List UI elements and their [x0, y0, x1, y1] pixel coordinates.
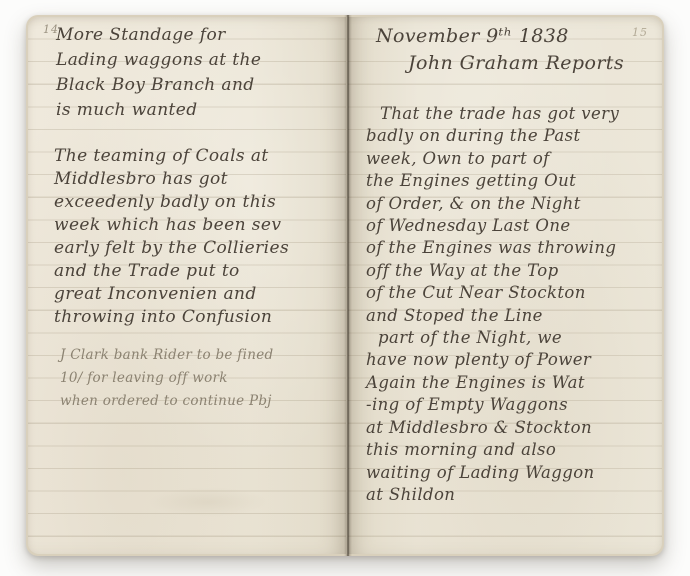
manuscript-line: off the Way at the Top	[366, 260, 619, 282]
manuscript-line: -ing of Empty Waggons	[366, 394, 619, 416]
manuscript-line: when ordered to continue Pbj	[60, 390, 273, 413]
left-paragraph-teaming: The teaming of Coals at Middlesbro has g…	[54, 145, 289, 329]
right-report-body: That the trade has got very badly on dur…	[366, 103, 619, 506]
manuscript-line: of the Engines was throwing	[366, 237, 619, 259]
left-paragraph-clark-fine: J Clark bank Rider to be fined 10/ for l…	[60, 344, 273, 413]
manuscript-line: week, Own to part of	[366, 148, 619, 170]
book-gutter	[344, 15, 352, 556]
manuscript-line: 10/ for leaving off work	[60, 367, 273, 390]
right-heading: November 9ᵗʰ 1838 John Graham Reports	[376, 23, 624, 77]
manuscript-line: Lading waggons at the	[56, 48, 261, 73]
manuscript-line: J Clark bank Rider to be fined	[60, 344, 273, 367]
manuscript-line: week which has been sev	[54, 214, 289, 237]
manuscript-line: and Stoped the Line	[366, 305, 619, 327]
manuscript-line: Black Boy Branch and	[56, 73, 261, 98]
left-page: 14 More Standage for Lading waggons at t…	[28, 17, 346, 554]
manuscript-line: of Wednesday Last One	[366, 215, 619, 237]
manuscript-line: badly on during the Past	[366, 125, 619, 147]
manuscript-line: and the Trade put to	[54, 260, 289, 283]
manuscript-line: That the trade has got very	[366, 103, 619, 125]
open-notebook: 14 More Standage for Lading waggons at t…	[26, 15, 664, 556]
manuscript-line: More Standage for	[56, 23, 261, 48]
manuscript-line: November 9ᵗʰ 1838	[376, 23, 624, 50]
manuscript-line: part of the Night, we	[366, 327, 619, 349]
right-page: 15 November 9ᵗʰ 1838 John Graham Reports…	[348, 17, 662, 554]
left-paragraph-standage: More Standage for Lading waggons at the …	[56, 23, 261, 123]
manuscript-line: is much wanted	[56, 98, 261, 123]
manuscript-line: exceedenly badly on this	[54, 191, 289, 214]
manuscript-line: John Graham Reports	[376, 50, 624, 77]
manuscript-line: The teaming of Coals at	[54, 145, 289, 168]
paper-smudge	[148, 487, 268, 517]
manuscript-line: have now plenty of Power	[366, 349, 619, 371]
manuscript-line: the Engines getting Out	[366, 170, 619, 192]
manuscript-line: this morning and also	[366, 439, 619, 461]
manuscript-line: great Inconvenien and	[54, 283, 289, 306]
page-number-right: 15	[632, 26, 648, 39]
manuscript-line: early felt by the Collieries	[54, 237, 289, 260]
manuscript-line: of the Cut Near Stockton	[366, 282, 619, 304]
manuscript-line: at Shildon	[366, 484, 619, 506]
manuscript-line: throwing into Confusion	[54, 306, 289, 329]
manuscript-line: Middlesbro has got	[54, 168, 289, 191]
manuscript-line: Again the Engines is Wat	[366, 372, 619, 394]
manuscript-line: of Order, & on the Night	[366, 193, 619, 215]
manuscript-photo: 14 More Standage for Lading waggons at t…	[0, 0, 690, 576]
manuscript-line: at Middlesbro & Stockton	[366, 417, 619, 439]
manuscript-line: waiting of Lading Waggon	[366, 462, 619, 484]
